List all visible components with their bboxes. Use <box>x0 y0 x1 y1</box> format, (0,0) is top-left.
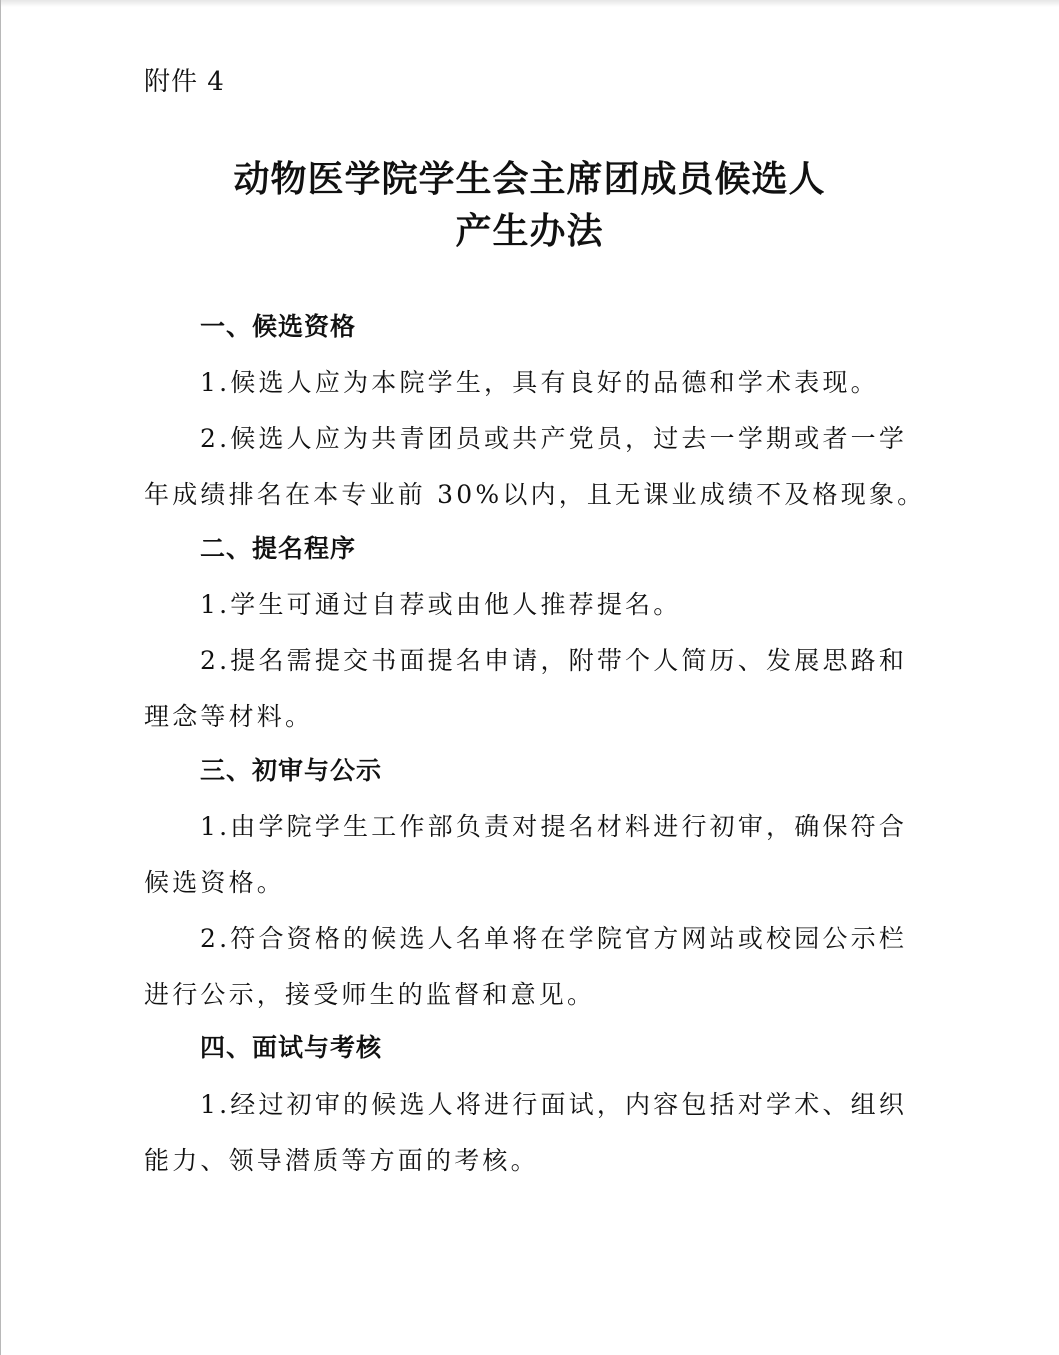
attachment-label: 附件 4 <box>144 64 225 100</box>
paragraph-line: 进行公示，接受师生的监督和意见。 <box>144 977 924 1013</box>
paragraph-line: 1.学生可通过自荐或由他人推荐提名。 <box>200 587 980 623</box>
paragraph-line: 年成绩排名在本专业前 30%以内，且无课业成绩不及格现象。 <box>144 477 924 513</box>
paragraph-line: 1.由学院学生工作部负责对提名材料进行初审，确保符合 <box>200 809 980 845</box>
paragraph-line: 2.提名需提交书面提名申请，附带个人简历、发展思路和 <box>200 643 980 679</box>
paragraph-line: 理念等材料。 <box>144 699 924 735</box>
section-heading-review: 三、初审与公示 <box>200 753 980 789</box>
section-heading-eligibility: 一、候选资格 <box>200 309 980 345</box>
paragraph-line: 2.符合资格的候选人名单将在学院官方网站或校园公示栏 <box>200 921 980 957</box>
paragraph-line: 1.候选人应为本院学生，具有良好的品德和学术表现。 <box>200 365 980 401</box>
document-page: 附件 4 动物医学院学生会主席团成员候选人 产生办法 一、候选资格 1.候选人应… <box>0 0 1059 1355</box>
paragraph-line: 2.候选人应为共青团员或共产党员，过去一学期或者一学 <box>200 421 980 457</box>
paragraph-line: 能力、领导潜质等方面的考核。 <box>144 1143 924 1179</box>
paragraph-line: 1.经过初审的候选人将进行面试，内容包括对学术、组织 <box>200 1087 980 1123</box>
document-title-line2: 产生办法 <box>0 206 1059 256</box>
document-title-line1: 动物医学院学生会主席团成员候选人 <box>0 154 1059 204</box>
section-heading-interview: 四、面试与考核 <box>200 1030 980 1066</box>
section-heading-nomination: 二、提名程序 <box>200 531 980 567</box>
paragraph-line: 候选资格。 <box>144 865 924 901</box>
